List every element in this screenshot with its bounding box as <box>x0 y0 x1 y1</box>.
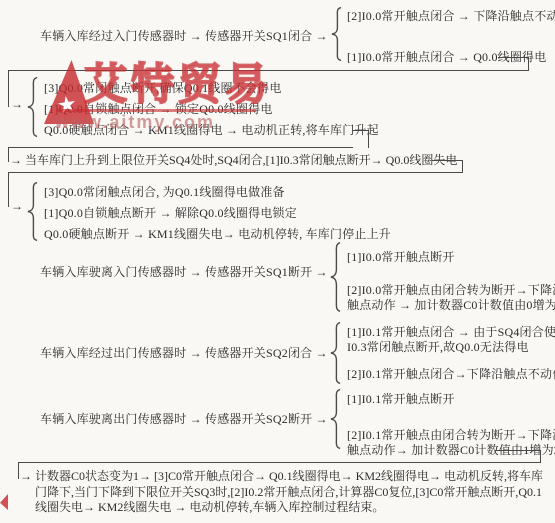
branch-item: [1]I0.1常开触点断开 <box>347 392 455 407</box>
flow-arrow-icon: → <box>20 469 32 484</box>
brace-icon <box>330 242 341 312</box>
brace-icon <box>27 77 38 137</box>
step-door-up-limit: → 当车库门上升到上限位开关SQ4处时,SQ4闭合,[1]I0.3常闭触点断开→… <box>10 153 457 169</box>
brace-icon <box>331 7 342 61</box>
flow-arrow-icon: → <box>11 97 23 112</box>
step-text: 计数器C0状态变为1→ [3]C0常开触点闭合→ Q0.1线圈得电→ KM2线圈… <box>35 469 547 516</box>
branch-item: [2]I0.0常开触点由闭合转为断开→下降沿触点动作 → 加计数器C0计数值由0… <box>347 283 555 313</box>
branch-item: [2]I0.0常开触点闭合 → 下降沿触点不动作 <box>347 9 555 24</box>
brace-icon <box>27 182 38 241</box>
branch-item: [1]I0.0常开触点断开 <box>347 250 455 265</box>
plc-garage-flowchart: 车辆入库经过入门传感器时 → 传感器开关SQ1闭合 → [2]I0.0常开触点闭… <box>0 0 555 523</box>
step-enter-entry-sensor: 车辆入库经过入门传感器时 → 传感器开关SQ1闭合 → <box>40 29 328 44</box>
step-counter-final: → 计数器C0状态变为1→ [3]C0常开触点闭合→ Q0.1线圈得电→ KM2… <box>20 469 547 516</box>
flow-arrow-icon: → <box>11 199 23 214</box>
branch-item: Q0.0硬触点断开 → KM1线圈失电→ 电动机停转, 车库门停止上升 <box>44 227 391 242</box>
watermark-fragment <box>0 494 8 510</box>
connector-line <box>352 130 369 148</box>
step-enter-exit-sensor: 车辆入库经过出门传感器时 → 传感器开关SQ2闭合 → <box>40 346 328 361</box>
branch-item: [1]Q0.0自锁触点断开 → 解除Q0.0线圈得电锁定 <box>44 206 297 221</box>
brace-icon <box>330 322 341 384</box>
branch-item: [2]I0.1常开触点闭合→下降沿触点不动作 <box>347 367 555 382</box>
step-leave-exit-sensor: 车辆入库驶离出门传感器时 → 传感器开关SQ2断开 → <box>40 412 328 427</box>
watermark-brand: 艾特贸易 <box>84 64 272 107</box>
step-text: 当车库门上升到上限位开关SQ4处时,SQ4闭合,[1]I0.3常闭触点断开→ Q… <box>25 153 457 169</box>
connector-line <box>498 57 529 71</box>
flow-arrow-icon: → <box>10 153 22 168</box>
branch-item: [1]I0.1常开触点闭合 → 由于SQ4闭合使I0.3常闭触点断开,故Q0.0… <box>347 325 555 355</box>
brace-icon <box>330 389 341 449</box>
branch-item: [3]Q0.0常闭触点闭合, 为Q0.1线圈得电做准备 <box>44 185 285 200</box>
step-leave-entry-sensor: 车辆入库驶离入门传感器时 → 传感器开关SQ1断开 → <box>40 265 328 280</box>
watermark-url: www.aitmy.com <box>55 112 215 133</box>
